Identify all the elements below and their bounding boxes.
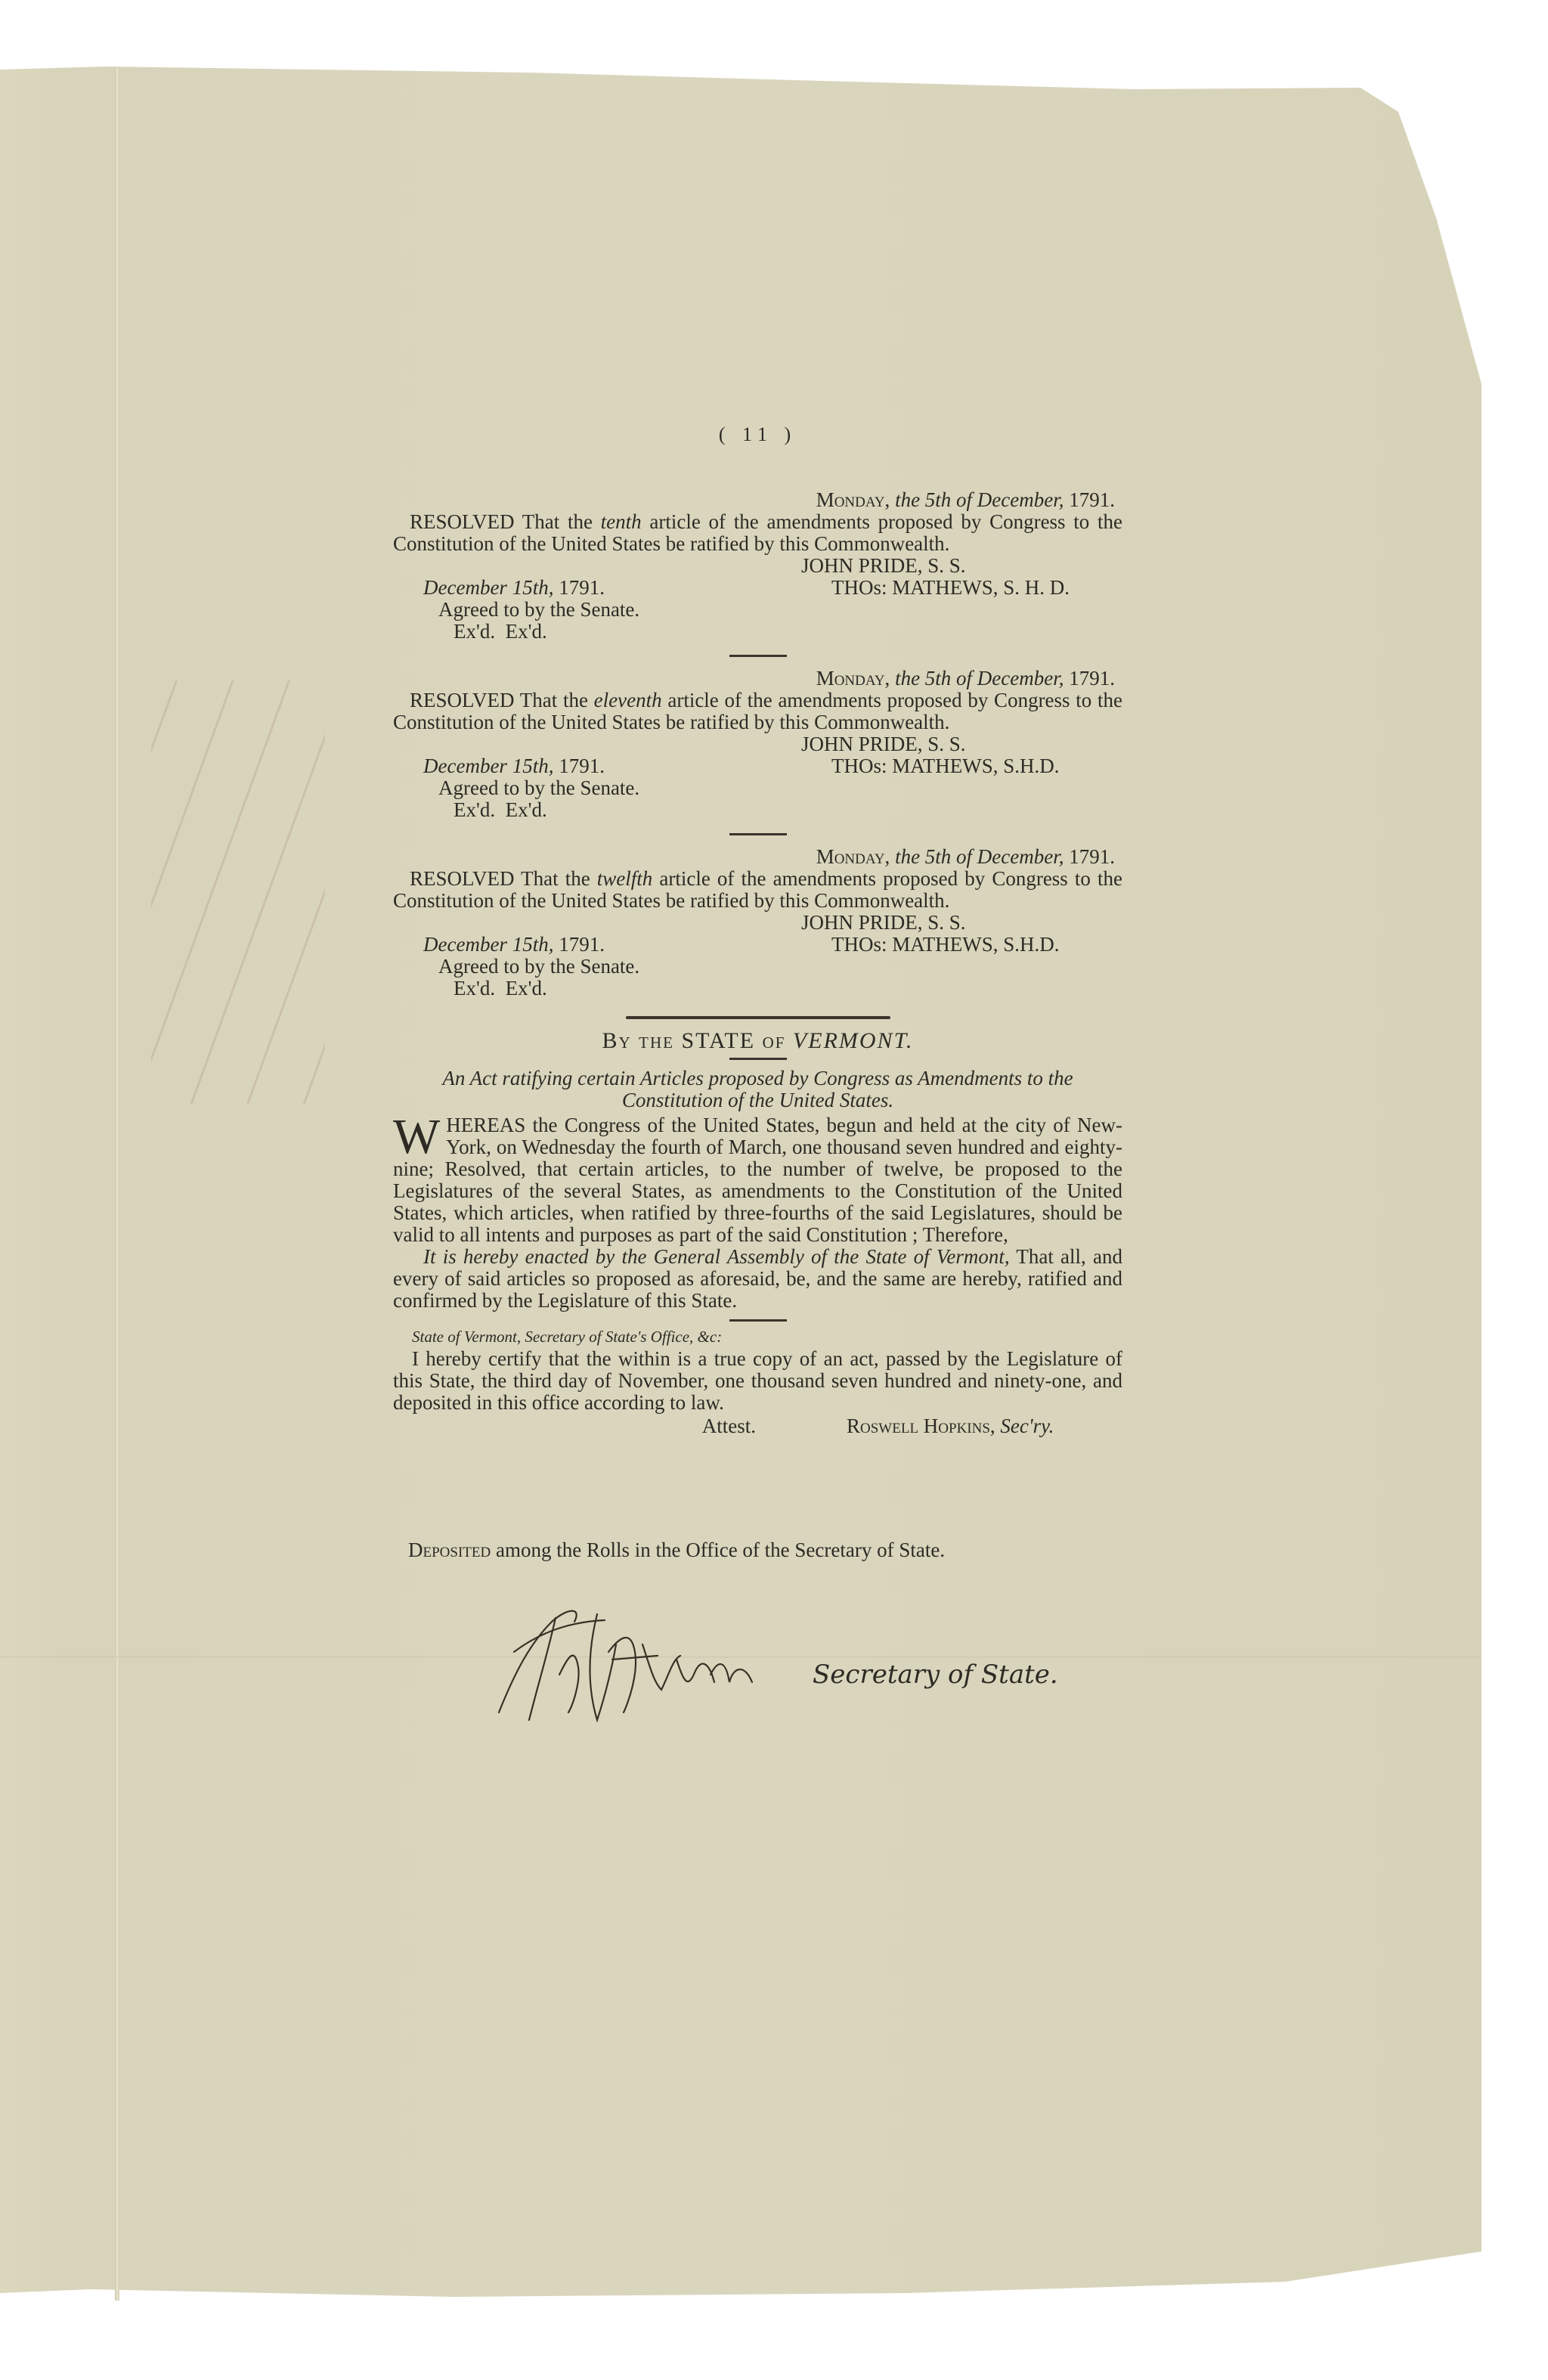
resolution-date: Monday, the 5th of December, 1791. — [393, 489, 1122, 511]
ornamental-rule — [626, 1016, 890, 1019]
passage-date: December 15th, 1791. — [393, 934, 831, 956]
passage-date: December 15th, 1791. — [393, 577, 831, 599]
certification-text: I hereby certify that the within is a tr… — [393, 1348, 1122, 1414]
jefferson-signature-icon: Th: Jefferson — [484, 1599, 824, 1728]
attest-label: Attest. — [393, 1415, 847, 1437]
act-title: An Act ratifying certain Articles propos… — [408, 1068, 1107, 1111]
vermont-secretary-name: Roswell Hopkins, Sec'ry. — [847, 1415, 1054, 1437]
examined-note: Ex'd. Ex'd. — [393, 621, 1122, 643]
deposited-statement: Deposited among the Rolls in the Office … — [408, 1539, 945, 1562]
house-speaker-signature: THOs: MATHEWS, S.H.D. — [831, 755, 1122, 777]
senate-agreed-note: Agreed to by the Senate. — [393, 956, 1122, 978]
vermont-heading: By the STATE of VERMONT. — [393, 1030, 1122, 1052]
senate-agreed-note: Agreed to by the Senate. — [393, 599, 1122, 621]
resolution-date: Monday, the 5th of December, 1791. — [393, 846, 1122, 868]
examined-note: Ex'd. Ex'd. — [393, 799, 1122, 821]
resolution-text: RESOLVED That the tenth article of the a… — [393, 511, 1122, 555]
resolution-date: Monday, the 5th of December, 1791. — [393, 668, 1122, 690]
section-divider — [729, 833, 787, 835]
resolution-text: RESOLVED That the twelfth article of the… — [393, 868, 1122, 912]
examined-note: Ex'd. Ex'd. — [393, 978, 1122, 999]
resolution-tenth: Monday, the 5th of December, 1791. RESOL… — [393, 489, 1122, 643]
senate-speaker-signature: JOHN PRIDE, S. S. — [801, 912, 1122, 934]
passage-date: December 15th, 1791. — [393, 755, 831, 777]
ink-bleedthrough-mark — [151, 680, 325, 1104]
vertical-fold-crease — [115, 67, 119, 2301]
senate-speaker-signature: JOHN PRIDE, S. S. — [801, 733, 1122, 755]
house-speaker-signature: THOs: MATHEWS, S. H. D. — [831, 577, 1122, 599]
heading-divider — [729, 1058, 787, 1060]
drop-cap: W — [393, 1116, 440, 1158]
certification-divider — [729, 1319, 787, 1322]
section-divider — [729, 655, 787, 657]
resolution-text: RESOLVED That the eleventh article of th… — [393, 690, 1122, 733]
senate-agreed-note: Agreed to by the Senate. — [393, 777, 1122, 799]
page-number: ( 11 ) — [393, 423, 1122, 445]
enacting-clause: It is hereby enacted by the General Asse… — [393, 1246, 1122, 1312]
printed-text-block: ( 11 ) Monday, the 5th of December, 1791… — [393, 423, 1122, 1437]
whereas-clause: WHEREAS the Congress of the United State… — [393, 1114, 1122, 1246]
senate-speaker-signature: JOHN PRIDE, S. S. — [801, 555, 1122, 577]
resolution-eleventh: Monday, the 5th of December, 1791. RESOL… — [393, 668, 1122, 821]
resolution-twelfth: Monday, the 5th of December, 1791. RESOL… — [393, 846, 1122, 999]
house-speaker-signature: THOs: MATHEWS, S.H.D. — [831, 934, 1122, 956]
certification-heading: State of Vermont, Secretary of State's O… — [393, 1326, 1122, 1348]
signature-title: Secretary of State. — [813, 1659, 1058, 1690]
attestation-line: Attest. Roswell Hopkins, Sec'ry. — [393, 1415, 1122, 1437]
